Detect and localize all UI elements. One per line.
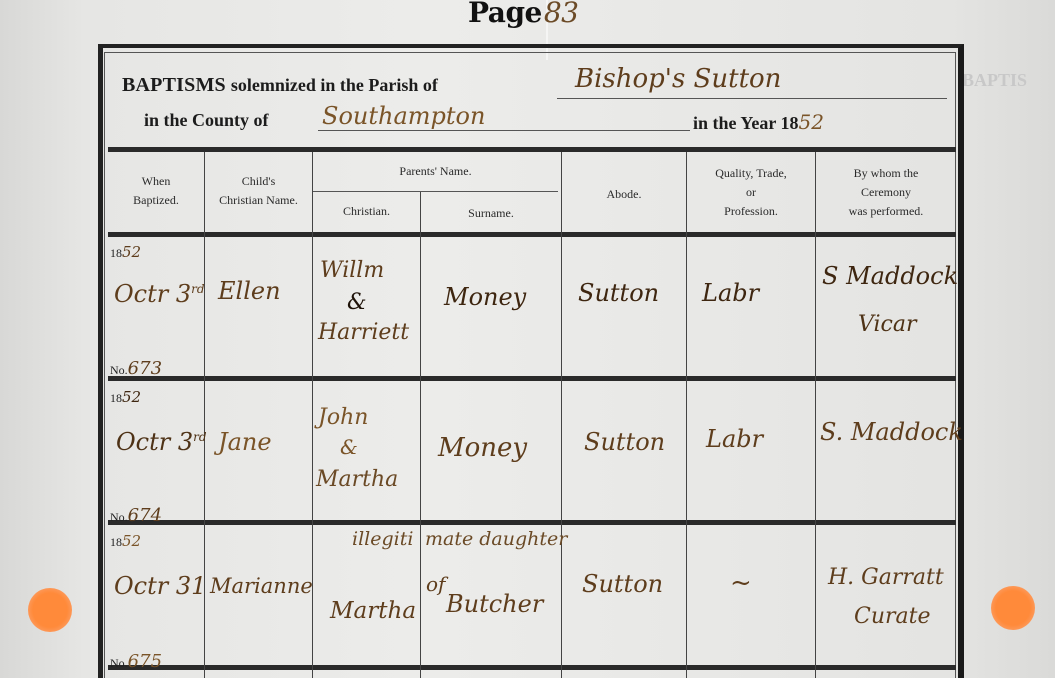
year-written: 52 [122,532,141,550]
entry-number: No.673 [110,358,162,379]
header-child-name: Child's Christian Name. [205,172,312,210]
col-divider-3 [420,192,421,678]
surname: Butcher [446,590,543,618]
header-quality-line1: Quality, Trade, [687,164,815,183]
parents-subrule [313,191,558,192]
abode: Sutton [582,570,663,598]
rule-header-bottom [108,232,956,237]
col-divider-5 [686,152,687,678]
father-name: John [318,405,368,430]
surname: Money [444,283,526,311]
county-label: in the County of [144,110,269,131]
rule-row-1 [108,376,956,381]
header-bywhom-line3: was performed. [816,202,956,221]
abode: Sutton [584,428,665,456]
title-rest: solemnized in the Parish of [231,75,438,95]
officiant-name: S. Maddock [820,418,963,446]
entry-number: No.675 [110,651,162,672]
date-text: Octr 3 [116,428,193,456]
entry-number: No.674 [110,505,162,526]
year-written: 52 [122,243,141,261]
officiant-title: Vicar [858,312,917,337]
parish-name: Bishop's Sutton [575,64,781,94]
county-underline [318,130,690,131]
register-page: Page83 BAPTIS BAPTISMS solemnized in the… [0,0,1055,678]
header-parents-christian: Christian. [313,202,420,221]
profession: Labr [706,425,763,453]
profession-blank: ~ [730,568,752,598]
baptism-date: Octr 3rd [114,280,205,308]
col-divider-6 [815,152,816,678]
orange-marker-left [28,588,72,632]
baptism-date: Octr 31 [114,572,206,600]
header-bywhom-line1: By whom the [816,164,956,183]
year-printed: 18 [781,113,799,133]
no-label: No. [110,363,128,377]
note-illegitimate-left: illegiti [352,528,413,550]
register-title: BAPTISMS solemnized in the Parish of [122,74,438,97]
col-divider-2 [312,152,313,678]
officiant-name: H. Garratt [828,565,944,590]
mother-name: Harriett [318,320,409,345]
header-by-whom: By whom the Ceremony was performed. [816,164,956,221]
header-child-line1: Child's [205,172,312,191]
header-when-line1: When [108,172,204,191]
parent-ampersand: & [340,435,358,459]
profession: Labr [702,279,759,307]
page-heading: Page83 [468,0,578,29]
entry-year: 1852 [110,532,141,550]
header-child-line2: Christian Name. [205,191,312,210]
surname-of: of [426,572,445,596]
year-heading: in the Year 1852 [693,110,824,134]
date-suffix: rd [191,282,204,296]
child-name: Marianne [210,574,313,598]
rule-row-3 [108,665,956,670]
header-quality-line2: or [687,183,815,202]
baptism-date: Octr 3rd [116,428,207,456]
year-printed: 18 [110,535,122,549]
officiant-title: Curate [854,604,931,629]
entry-year: 1852 [110,388,141,406]
orange-marker-right [991,586,1035,630]
header-quality: Quality, Trade, or Profession. [687,164,815,221]
register-number: 675 [128,651,162,672]
col-divider-4 [561,152,562,678]
mother-name: Martha [330,598,416,624]
year-written: 52 [122,388,141,406]
surname: Money [438,433,527,463]
register-number: 674 [128,505,162,526]
page-number: 83 [544,0,579,29]
bleed-through-text: BAPTIS [962,70,1027,91]
date-suffix: rd [193,430,206,444]
parish-underline [557,98,947,99]
child-name: Jane [218,428,272,456]
note-illegitimate-right: mate daughter [425,528,567,550]
header-abode: Abode. [562,185,686,204]
no-label: No. [110,656,128,670]
rule-row-2 [108,520,956,525]
header-parents-surname: Surname. [421,204,561,223]
mother-name: Martha [316,467,398,492]
header-quality-line3: Profession. [687,202,815,221]
year-printed: 18 [110,391,122,405]
register-number: 673 [128,358,162,379]
father-name: Willm [320,258,384,283]
date-text: Octr 3 [114,280,191,308]
no-label: No. [110,510,128,524]
header-when-baptized: When Baptized. [108,172,204,210]
abode: Sutton [578,279,659,307]
parent-ampersand: & [347,290,367,315]
child-name: Ellen [218,277,281,305]
officiant-name: S Maddock [822,262,958,290]
rule-header-top [108,147,956,152]
header-when-line2: Baptized. [108,191,204,210]
title-baptisms: BAPTISMS [122,74,226,96]
header-parents-name: Parents' Name. [313,162,558,181]
year-label: in the Year [693,113,776,133]
page-label: Page [468,0,542,29]
header-bywhom-line2: Ceremony [816,183,956,202]
entry-year: 1852 [110,243,141,261]
year-written: 52 [799,110,824,134]
year-printed: 18 [110,246,122,260]
county-name: Southampton [322,102,485,130]
